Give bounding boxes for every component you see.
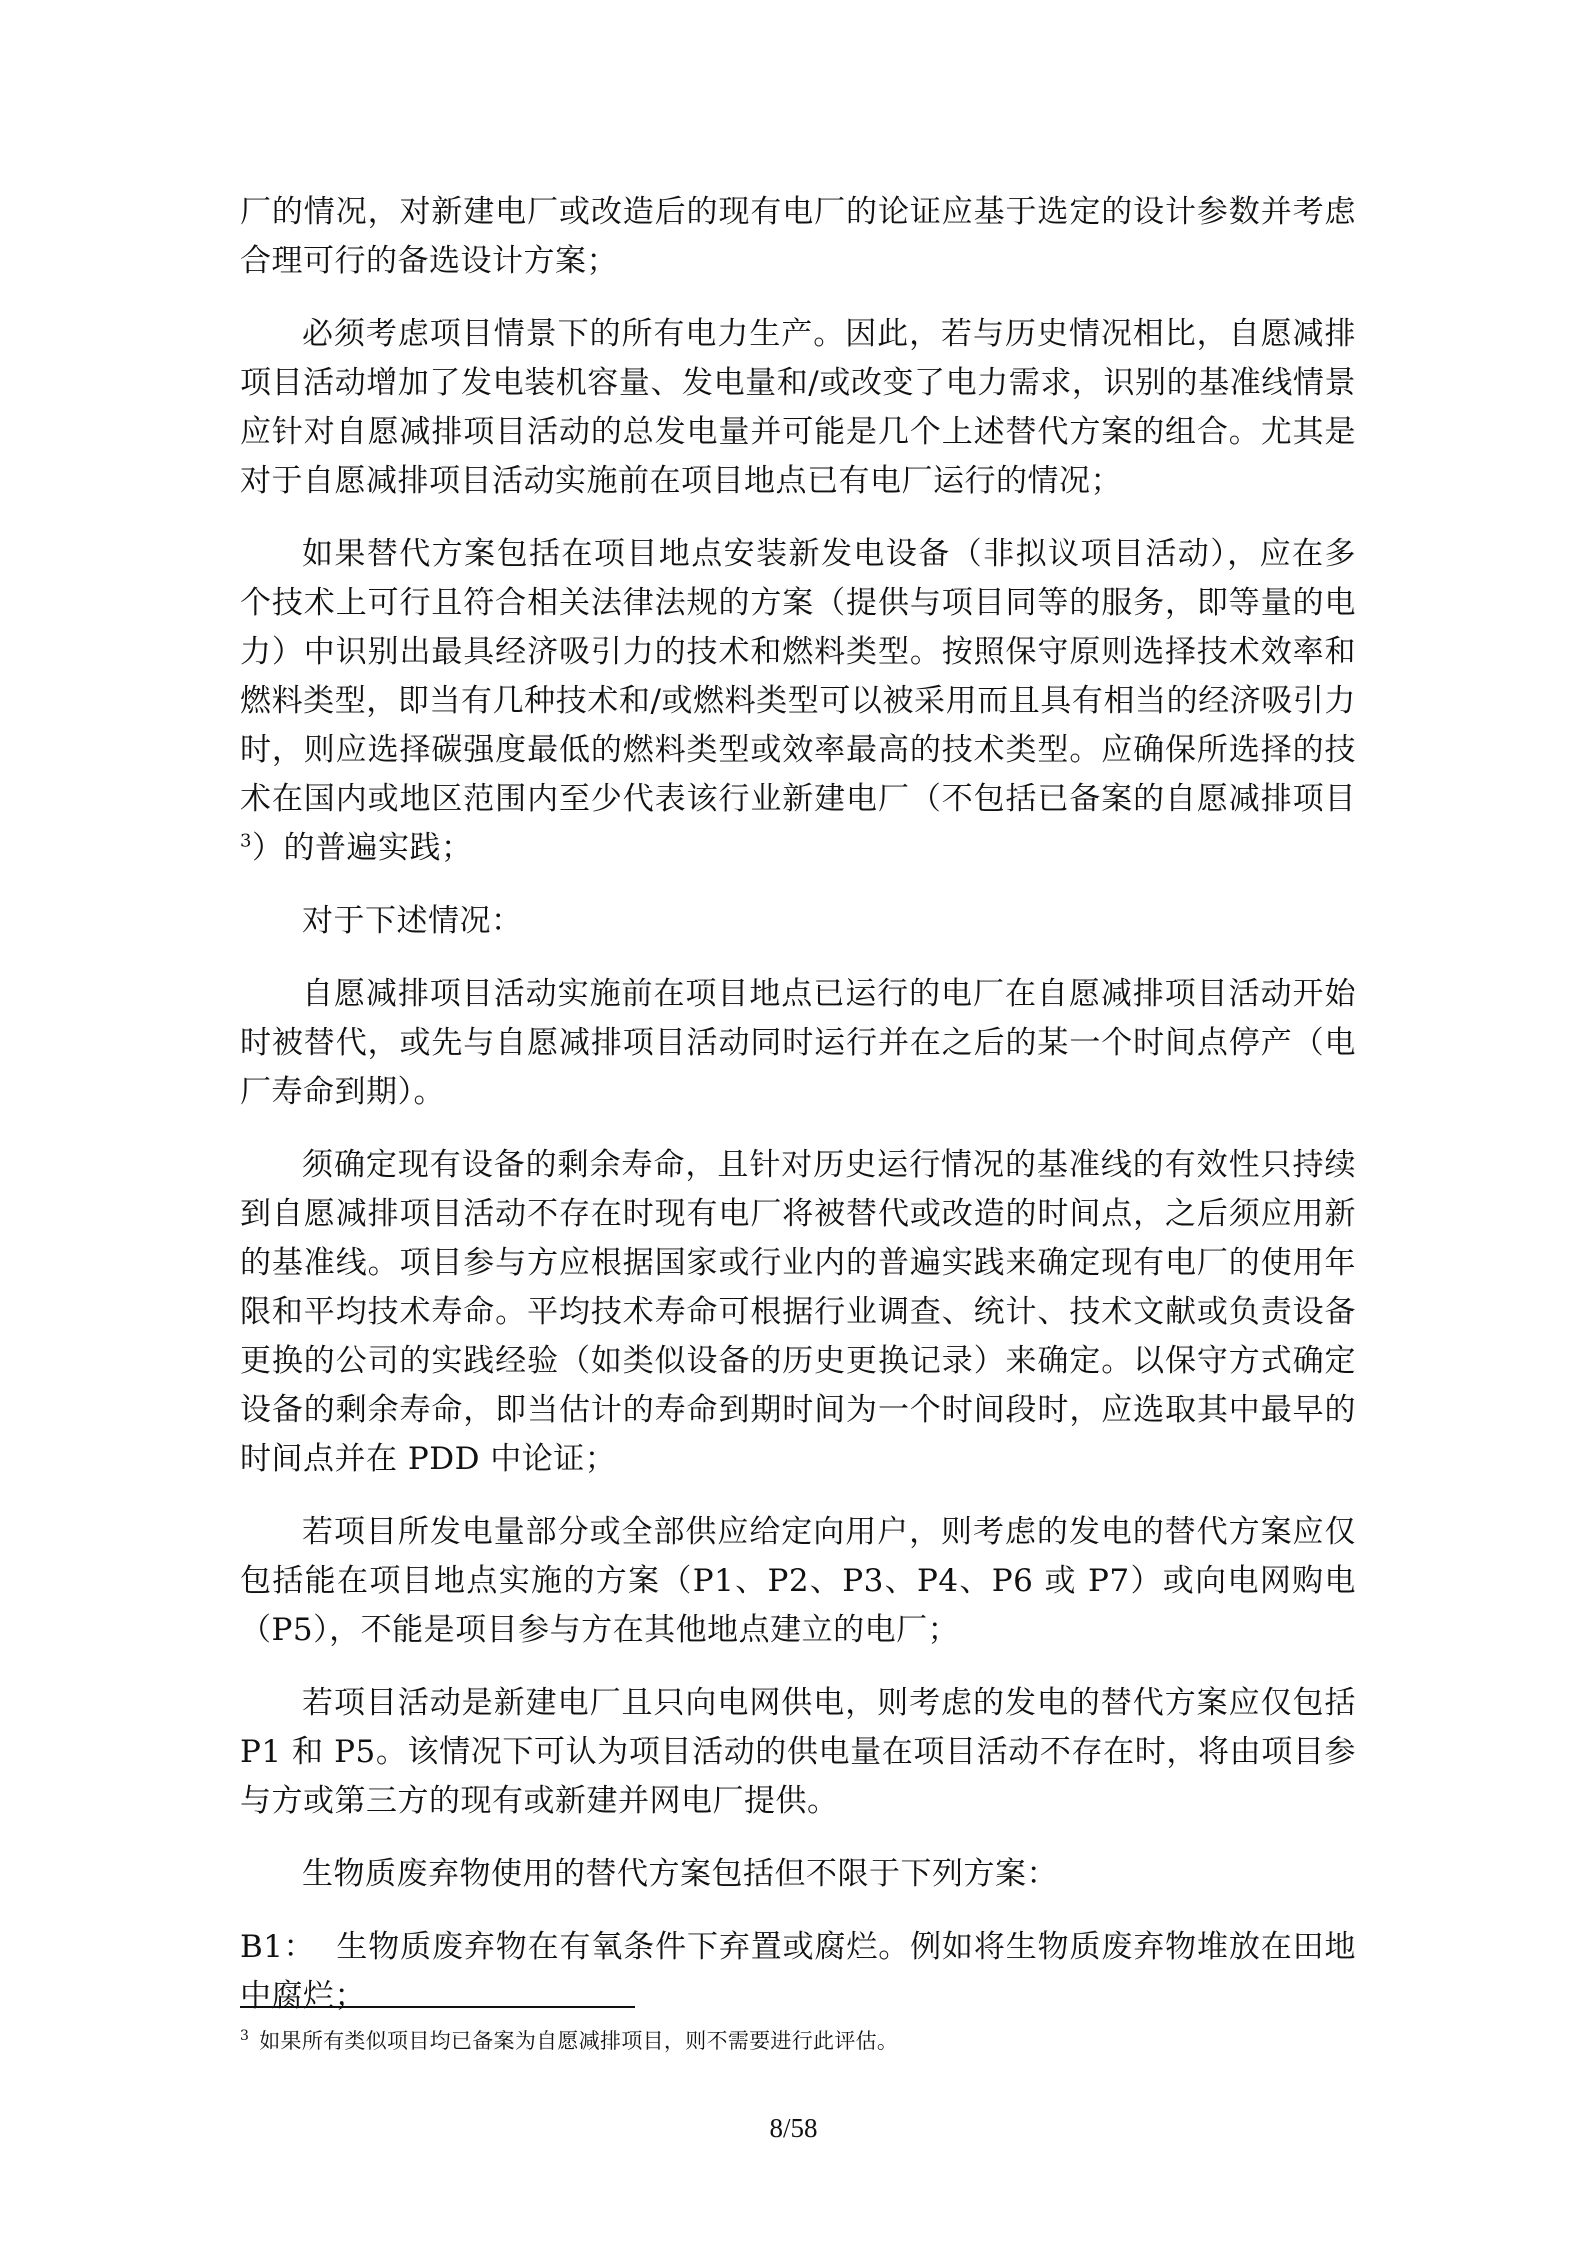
list-item-label: B1： xyxy=(240,1923,336,1972)
paragraph-text-after-ref: ）的普遍实践； xyxy=(252,830,473,866)
paragraph-biomass-alternatives: 生物质废弃物使用的替代方案包括但不限于下列方案： xyxy=(240,1850,1356,1899)
paragraph-design-alternatives: 厂的情况，对新建电厂或改造后的现有电厂的论证应基于选定的设计参数并考虑合理可行的… xyxy=(240,188,1356,286)
page-number: 8/58 xyxy=(0,2112,1587,2144)
list-item-text: 生物质废弃物在有氧条件下弃置或腐烂。例如将生物质废弃物堆放在田地中腐烂； xyxy=(240,1929,1356,2014)
footnote: 3如果所有类似项目均已备案为自愿减排项目，则不需要进行此评估。 xyxy=(240,2026,898,2056)
footnote-text: 如果所有类似项目均已备案为自愿减排项目，则不需要进行此评估。 xyxy=(259,2029,898,2053)
footnote-mark: 3 xyxy=(240,2028,249,2044)
footnote-reference[interactable]: 3 xyxy=(240,831,252,852)
document-body: 厂的情况，对新建电厂或改造后的现有电厂的论证应基于选定的设计参数并考虑合理可行的… xyxy=(240,188,1356,2045)
paragraph-existing-plant-replaced: 自愿减排项目活动实施前在项目地点已运行的电厂在自愿减排项目活动开始时被替代，或先… xyxy=(240,970,1356,1117)
paragraph-following-situations: 对于下述情况： xyxy=(240,897,1356,946)
footnote-separator xyxy=(240,2006,635,2008)
paragraph-new-equipment-alternatives: 如果替代方案包括在项目地点安装新发电设备（非拟议项目活动），应在多个技术上可行且… xyxy=(240,530,1356,873)
paragraph-all-power-generation: 必须考虑项目情景下的所有电力生产。因此，若与历史情况相比，自愿减排项目活动增加了… xyxy=(240,310,1356,506)
paragraph-captive-users: 若项目所发电量部分或全部供应给定向用户，则考虑的发电的替代方案应仅包括能在项目地… xyxy=(240,1508,1356,1655)
paragraph-text-before-ref: 如果替代方案包括在项目地点安装新发电设备（非拟议项目活动），应在多个技术上可行且… xyxy=(240,536,1356,817)
paragraph-remaining-lifetime: 须确定现有设备的剩余寿命，且针对历史运行情况的基准线的有效性只持续到自愿减排项目… xyxy=(240,1141,1356,1484)
paragraph-grid-only: 若项目活动是新建电厂且只向电网供电，则考虑的发电的替代方案应仅包括 P1 和 P… xyxy=(240,1679,1356,1826)
